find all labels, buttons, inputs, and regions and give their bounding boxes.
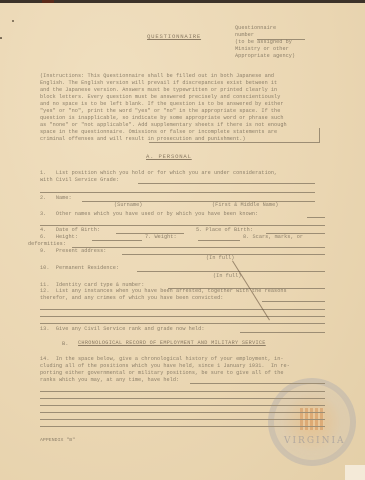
question-9-text: 9. Present address: — [40, 248, 106, 255]
appendix-label: APPENDIX "B" — [40, 438, 75, 445]
employment-history-line-5[interactable] — [40, 412, 325, 413]
height-field[interactable] — [92, 240, 142, 241]
handwritten-underline-bracket — [149, 128, 320, 143]
document-title: QUESTIONNAIRE — [147, 33, 201, 40]
employment-history-field[interactable] — [190, 383, 325, 384]
surname-caption: (Surname) — [114, 202, 142, 209]
question-12-text: therefor, and any crimes of which you ha… — [40, 295, 223, 302]
question-14-text: porting either governmental or military … — [40, 370, 284, 377]
question-4-text: 4. Date of Birth: — [40, 227, 100, 234]
present-address-caption: (In full) — [206, 255, 234, 262]
question-14-text: ranks which you may, at any time, have h… — [40, 377, 179, 384]
punch-dot — [0, 37, 2, 39]
instructions-line: (Instructions: This Questionnaire shall … — [40, 73, 274, 80]
arrests-field-line-4[interactable] — [40, 323, 325, 324]
employment-history-line-3[interactable] — [40, 398, 325, 399]
arrests-field[interactable] — [262, 301, 325, 302]
employment-history-line-4[interactable] — [40, 405, 325, 406]
questionnaire-number-note: Ministry or other — [235, 46, 289, 53]
section-a-heading: A. PERSONAL — [146, 153, 192, 160]
instructions-line: and the Japanese version. Answers must b… — [40, 87, 277, 94]
punch-dot — [12, 20, 14, 22]
section-b-heading: CHRONOLOGICAL RECORD OF EMPLOYMENT AND M… — [78, 340, 266, 346]
questionnaire-number-note: (to be assigned by — [235, 39, 292, 46]
page-corner — [345, 465, 365, 480]
question-1-field-continued[interactable] — [40, 192, 315, 193]
instructions-line: and no space is to be left blank. If the… — [40, 101, 284, 108]
seal-text: VIRGINIA — [284, 436, 342, 446]
question-1-text: with Civil Service Grade: — [40, 177, 119, 184]
first-middle-name-caption: (First & Middle Name) — [212, 202, 278, 209]
questionnaire-number-note: Appropriate agency) — [235, 53, 295, 60]
instructions-line: "yes" or "no", print the word "yes" or "… — [40, 108, 280, 115]
question-14-text: 14. In the space below, give a chronolog… — [40, 356, 284, 363]
instructions-line: question is inapplicable, so indicate by… — [40, 115, 284, 122]
scars-marks-field[interactable] — [72, 247, 325, 248]
question-8-text: 8. Scars, marks, or — [243, 234, 303, 241]
other-names-field-continued[interactable] — [40, 225, 325, 226]
question-14-text: cluding all of the positions which you h… — [40, 363, 290, 370]
permanent-residence-caption: (In full) — [213, 273, 241, 280]
instructions-line: English. The English version will prevai… — [40, 80, 277, 87]
question-3-text: 3. Other names which you have used or by… — [40, 211, 258, 218]
questionnaire-number-label: Questionnaire — [235, 25, 276, 32]
arrests-field-line-3[interactable] — [40, 316, 325, 317]
employment-history-line-7[interactable] — [40, 426, 325, 427]
permanent-residence-field[interactable] — [137, 271, 325, 272]
employment-history-line-6[interactable] — [40, 419, 325, 420]
employment-history-line-2[interactable] — [40, 391, 325, 392]
document-page: QUESTIONNAIRE Questionnaire number (to b… — [0, 3, 365, 480]
section-b-prefix: B. — [62, 341, 69, 348]
question-1-field[interactable] — [138, 183, 315, 184]
question-10-text: 10. Permanent Residence: — [40, 265, 119, 272]
question-13-text: 13. Give any Civil Service rank and grad… — [40, 326, 204, 333]
question-8-text-continued: deformities: — [28, 241, 66, 248]
other-names-field[interactable] — [307, 217, 325, 218]
question-1-text: 1. List position which you hold or for w… — [40, 170, 277, 177]
question-6-text: 6. Height: — [40, 234, 78, 241]
question-7-text: 7. Weight: — [145, 234, 177, 241]
arrests-field-line-2[interactable] — [40, 309, 325, 310]
instructions-line: block letters. Every question must be an… — [40, 94, 280, 101]
question-5-text: 5. Place of Birth: — [196, 227, 253, 234]
weight-field[interactable] — [198, 240, 240, 241]
questionnaire-number-label: number — [235, 32, 254, 39]
civil-service-rank-field[interactable] — [240, 332, 325, 333]
question-2-text: 2. Name: — [40, 195, 72, 202]
